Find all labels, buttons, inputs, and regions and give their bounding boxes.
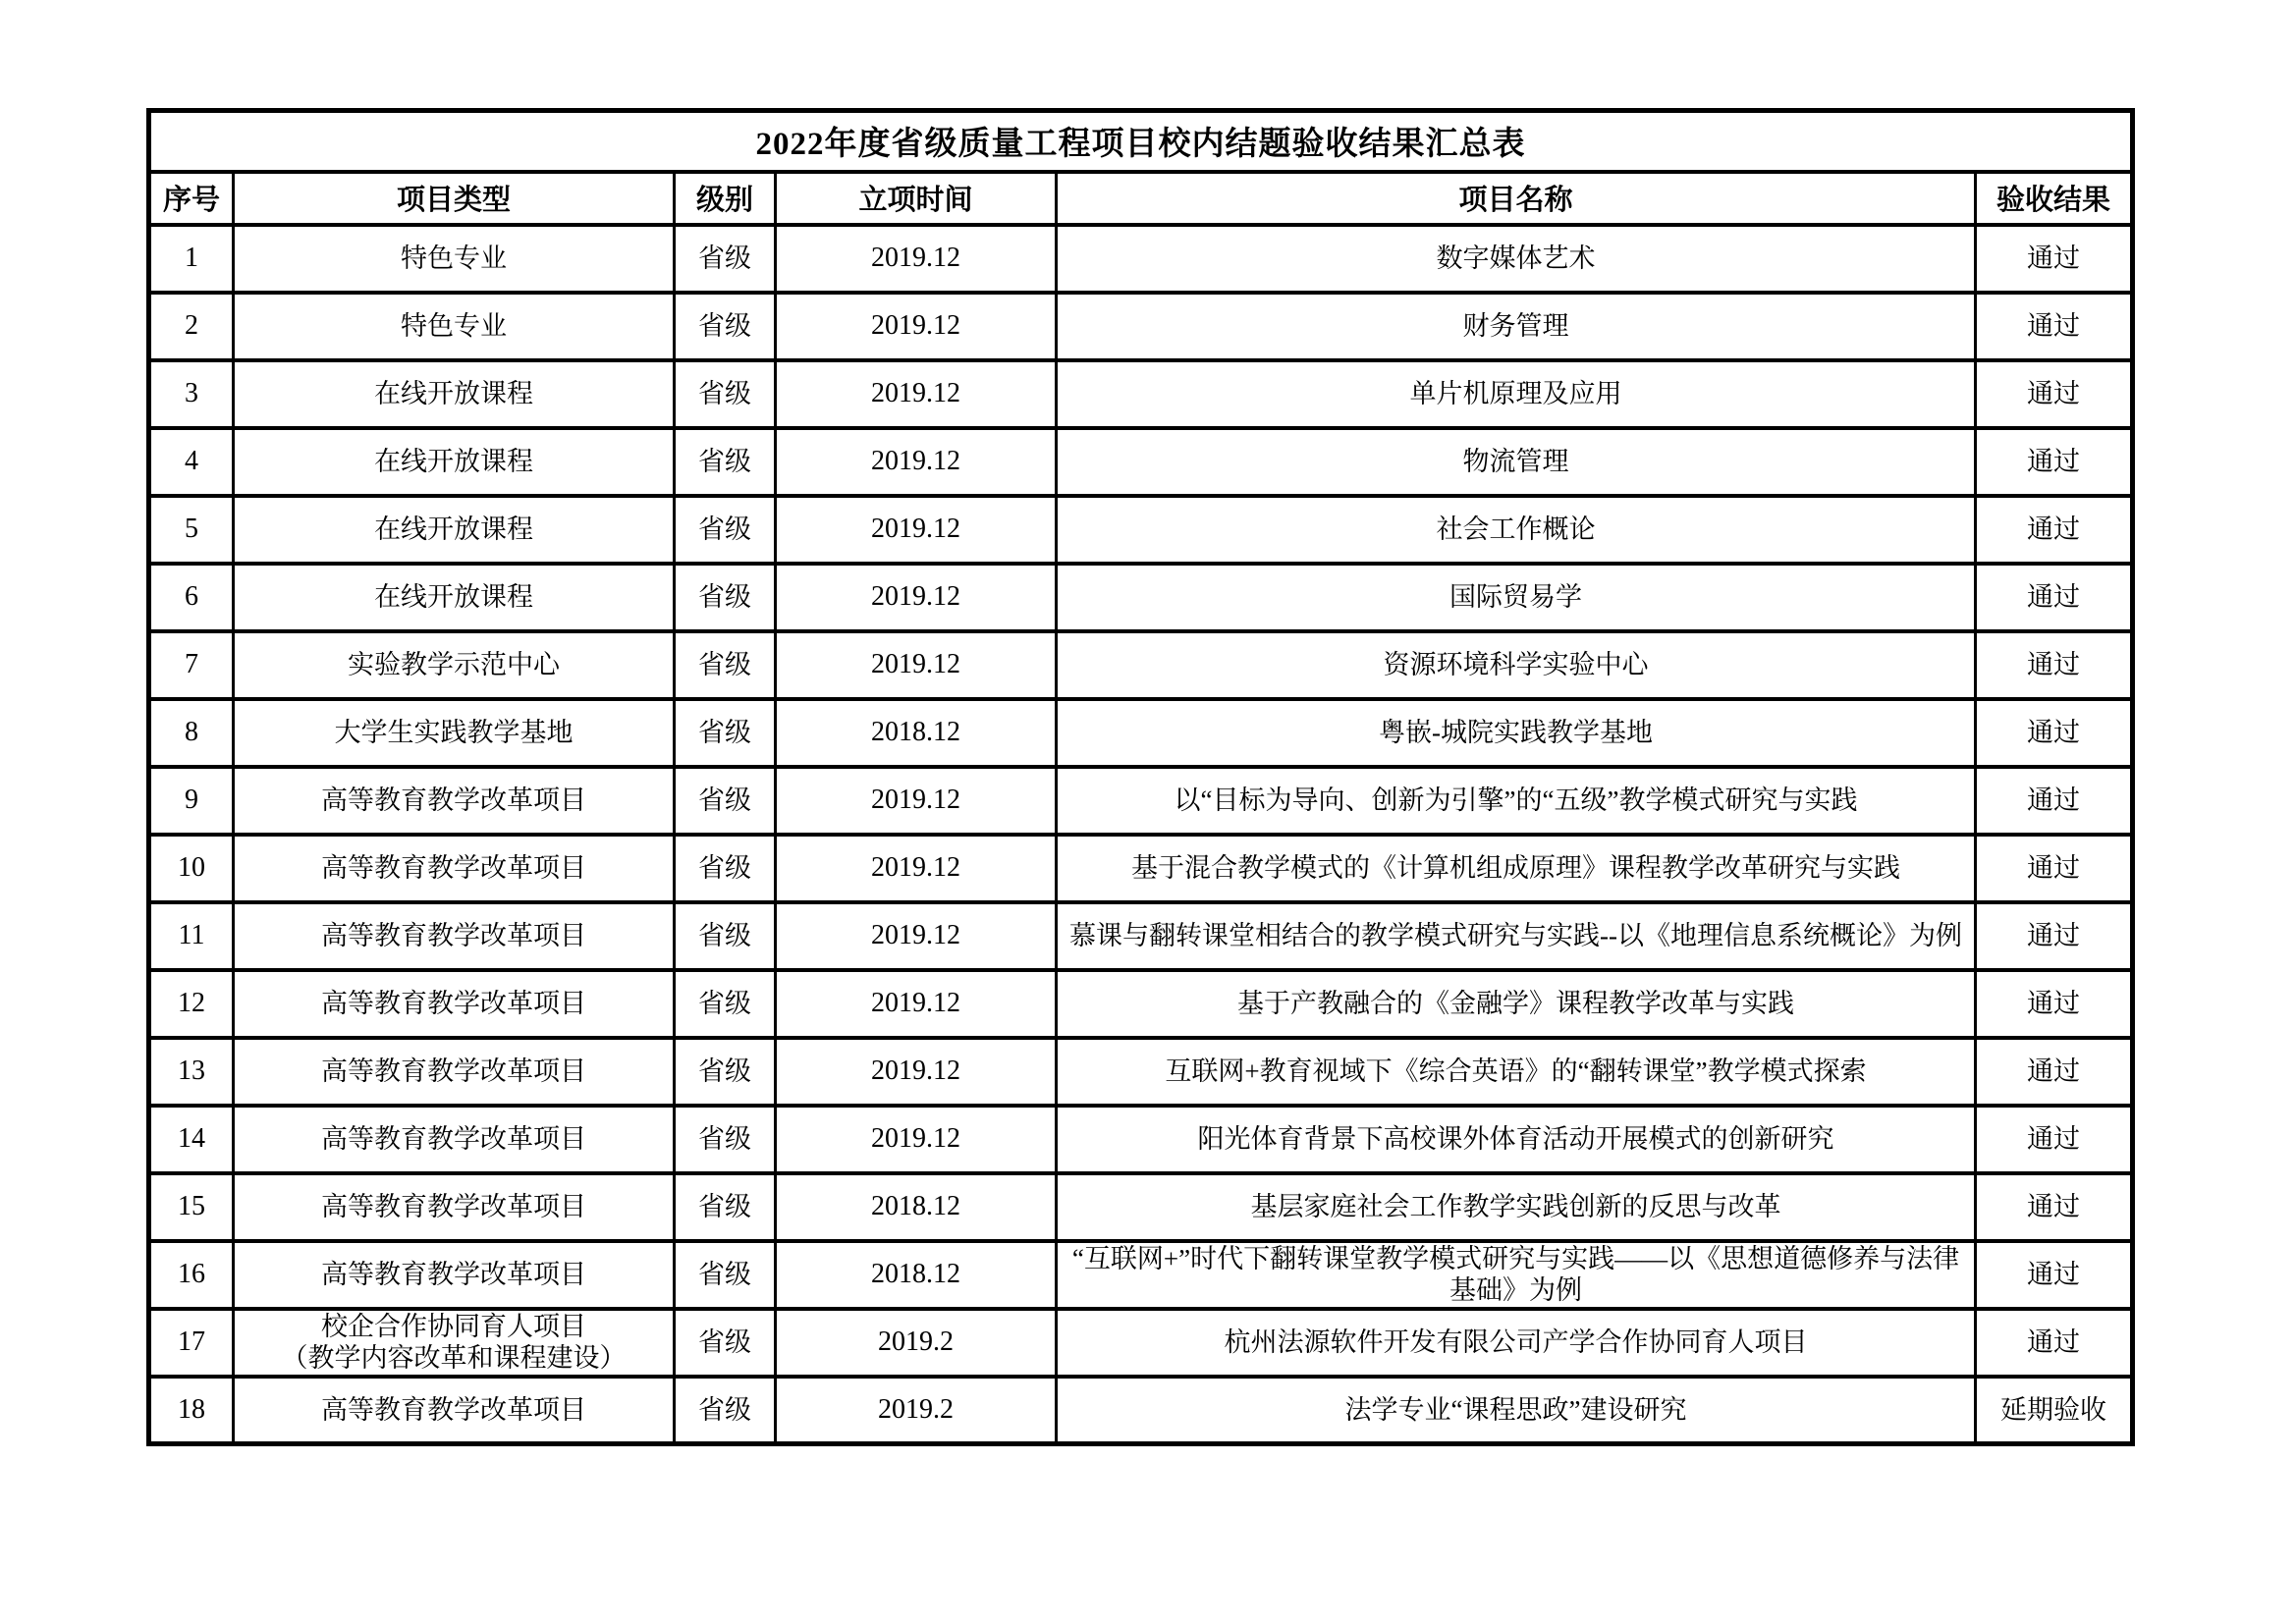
cell-level: 省级: [675, 1241, 776, 1309]
summary-table: 2022年度省级质量工程项目校内结题验收结果汇总表 序号 项目类型 级别 立项时…: [146, 108, 2135, 1446]
cell-result: 延期验收: [1976, 1377, 2133, 1444]
cell-level: 省级: [675, 970, 776, 1038]
cell-serial-number: 8: [149, 699, 234, 767]
cell-project-name: 慕课与翻转课堂相结合的教学模式研究与实践--以《地理信息系统概论》为例: [1057, 902, 1976, 970]
cell-serial-number: 18: [149, 1377, 234, 1444]
column-header-no: 序号: [149, 172, 234, 225]
cell-project-type: 特色专业: [234, 225, 675, 293]
cell-serial-number: 2: [149, 293, 234, 360]
cell-level: 省级: [675, 564, 776, 631]
cell-result: 通过: [1976, 564, 2133, 631]
cell-level: 省级: [675, 902, 776, 970]
cell-approval-date: 2019.2: [776, 1377, 1057, 1444]
cell-result: 通过: [1976, 1106, 2133, 1173]
cell-project-name: 基于产教融合的《金融学》课程教学改革与实践: [1057, 970, 1976, 1038]
table-row: 9 高等教育教学改革项目 省级 2019.12 以“目标为导向、创新为引擎”的“…: [149, 767, 2133, 835]
cell-project-type: 校企合作协同育人项目 （教学内容改革和课程建设）: [234, 1309, 675, 1377]
cell-result: 通过: [1976, 767, 2133, 835]
cell-result: 通过: [1976, 835, 2133, 902]
cell-project-name: 基于混合教学模式的《计算机组成原理》课程教学改革研究与实践: [1057, 835, 1976, 902]
cell-approval-date: 2019.12: [776, 1106, 1057, 1173]
cell-approval-date: 2019.12: [776, 225, 1057, 293]
header-row: 序号 项目类型 级别 立项时间 项目名称 验收结果: [149, 172, 2133, 225]
cell-serial-number: 9: [149, 767, 234, 835]
cell-project-name: 单片机原理及应用: [1057, 360, 1976, 428]
cell-level: 省级: [675, 496, 776, 564]
cell-result: 通过: [1976, 293, 2133, 360]
table-row: 1 特色专业 省级 2019.12 数字媒体艺术 通过: [149, 225, 2133, 293]
cell-project-name: 国际贸易学: [1057, 564, 1976, 631]
column-header-type: 项目类型: [234, 172, 675, 225]
table-row: 13 高等教育教学改革项目 省级 2019.12 互联网+教育视域下《综合英语》…: [149, 1038, 2133, 1106]
cell-project-type: 高等教育教学改革项目: [234, 902, 675, 970]
cell-project-type: 高等教育教学改革项目: [234, 1106, 675, 1173]
cell-level: 省级: [675, 225, 776, 293]
column-header-name: 项目名称: [1057, 172, 1976, 225]
cell-serial-number: 17: [149, 1309, 234, 1377]
cell-serial-number: 12: [149, 970, 234, 1038]
cell-project-name: 资源环境科学实验中心: [1057, 631, 1976, 699]
table-row: 17 校企合作协同育人项目 （教学内容改革和课程建设） 省级 2019.2 杭州…: [149, 1309, 2133, 1377]
column-header-level: 级别: [675, 172, 776, 225]
cell-level: 省级: [675, 1377, 776, 1444]
cell-serial-number: 7: [149, 631, 234, 699]
cell-result: 通过: [1976, 1038, 2133, 1106]
cell-result: 通过: [1976, 902, 2133, 970]
cell-result: 通过: [1976, 428, 2133, 496]
cell-project-type: 高等教育教学改革项目: [234, 1173, 675, 1241]
cell-project-name: 阳光体育背景下高校课外体育活动开展模式的创新研究: [1057, 1106, 1976, 1173]
cell-project-type: 在线开放课程: [234, 496, 675, 564]
cell-project-type: 特色专业: [234, 293, 675, 360]
cell-approval-date: 2019.12: [776, 496, 1057, 564]
cell-project-type: 高等教育教学改革项目: [234, 1241, 675, 1309]
cell-level: 省级: [675, 631, 776, 699]
cell-project-type: 高等教育教学改革项目: [234, 835, 675, 902]
table-row: 2 特色专业 省级 2019.12 财务管理 通过: [149, 293, 2133, 360]
cell-project-name: 社会工作概论: [1057, 496, 1976, 564]
cell-approval-date: 2019.12: [776, 360, 1057, 428]
cell-serial-number: 14: [149, 1106, 234, 1173]
cell-result: 通过: [1976, 225, 2133, 293]
cell-project-name: 财务管理: [1057, 293, 1976, 360]
cell-level: 省级: [675, 1106, 776, 1173]
cell-result: 通过: [1976, 970, 2133, 1038]
page-title: 2022年度省级质量工程项目校内结题验收结果汇总表: [149, 111, 2133, 172]
table-row: 4 在线开放课程 省级 2019.12 物流管理 通过: [149, 428, 2133, 496]
cell-level: 省级: [675, 360, 776, 428]
cell-approval-date: 2019.12: [776, 902, 1057, 970]
cell-approval-date: 2019.12: [776, 428, 1057, 496]
table-row: 7 实验教学示范中心 省级 2019.12 资源环境科学实验中心 通过: [149, 631, 2133, 699]
cell-project-type: 高等教育教学改革项目: [234, 1038, 675, 1106]
cell-result: 通过: [1976, 699, 2133, 767]
cell-level: 省级: [675, 767, 776, 835]
table-row: 3 在线开放课程 省级 2019.12 单片机原理及应用 通过: [149, 360, 2133, 428]
cell-project-type: 大学生实践教学基地: [234, 699, 675, 767]
cell-project-name: “互联网+”时代下翻转课堂教学模式研究与实践——以《思想道德修养与法律基础》为例: [1057, 1241, 1976, 1309]
cell-serial-number: 1: [149, 225, 234, 293]
cell-serial-number: 15: [149, 1173, 234, 1241]
cell-serial-number: 13: [149, 1038, 234, 1106]
cell-approval-date: 2019.12: [776, 1038, 1057, 1106]
cell-project-name: 互联网+教育视域下《综合英语》的“翻转课堂”教学模式探索: [1057, 1038, 1976, 1106]
cell-project-type: 在线开放课程: [234, 360, 675, 428]
column-header-result: 验收结果: [1976, 172, 2133, 225]
cell-result: 通过: [1976, 1309, 2133, 1377]
cell-serial-number: 16: [149, 1241, 234, 1309]
cell-project-type: 高等教育教学改革项目: [234, 970, 675, 1038]
cell-level: 省级: [675, 428, 776, 496]
table-row: 12 高等教育教学改革项目 省级 2019.12 基于产教融合的《金融学》课程教…: [149, 970, 2133, 1038]
cell-level: 省级: [675, 1038, 776, 1106]
table-row: 10 高等教育教学改革项目 省级 2019.12 基于混合教学模式的《计算机组成…: [149, 835, 2133, 902]
cell-result: 通过: [1976, 631, 2133, 699]
table-row: 11 高等教育教学改革项目 省级 2019.12 慕课与翻转课堂相结合的教学模式…: [149, 902, 2133, 970]
table-row: 15 高等教育教学改革项目 省级 2018.12 基层家庭社会工作教学实践创新的…: [149, 1173, 2133, 1241]
table-row: 8 大学生实践教学基地 省级 2018.12 粤嵌-城院实践教学基地 通过: [149, 699, 2133, 767]
table-row: 16 高等教育教学改革项目 省级 2018.12 “互联网+”时代下翻转课堂教学…: [149, 1241, 2133, 1309]
cell-project-name: 基层家庭社会工作教学实践创新的反思与改革: [1057, 1173, 1976, 1241]
cell-project-name: 数字媒体艺术: [1057, 225, 1976, 293]
cell-approval-date: 2019.12: [776, 564, 1057, 631]
cell-project-name: 粤嵌-城院实践教学基地: [1057, 699, 1976, 767]
cell-approval-date: 2019.12: [776, 970, 1057, 1038]
cell-project-name: 法学专业“课程思政”建设研究: [1057, 1377, 1976, 1444]
cell-level: 省级: [675, 1173, 776, 1241]
cell-project-name: 以“目标为导向、创新为引擎”的“五级”教学模式研究与实践: [1057, 767, 1976, 835]
cell-result: 通过: [1976, 360, 2133, 428]
cell-level: 省级: [675, 293, 776, 360]
cell-serial-number: 6: [149, 564, 234, 631]
cell-approval-date: 2019.2: [776, 1309, 1057, 1377]
table-row: 5 在线开放课程 省级 2019.12 社会工作概论 通过: [149, 496, 2133, 564]
cell-serial-number: 3: [149, 360, 234, 428]
cell-approval-date: 2019.12: [776, 631, 1057, 699]
cell-project-type: 在线开放课程: [234, 564, 675, 631]
document-page: 2022年度省级质量工程项目校内结题验收结果汇总表 序号 项目类型 级别 立项时…: [0, 0, 2296, 1624]
cell-result: 通过: [1976, 1241, 2133, 1309]
cell-level: 省级: [675, 1309, 776, 1377]
cell-result: 通过: [1976, 496, 2133, 564]
title-row: 2022年度省级质量工程项目校内结题验收结果汇总表: [149, 111, 2133, 172]
cell-project-type: 高等教育教学改革项目: [234, 767, 675, 835]
cell-approval-date: 2018.12: [776, 1173, 1057, 1241]
table-row: 14 高等教育教学改革项目 省级 2019.12 阳光体育背景下高校课外体育活动…: [149, 1106, 2133, 1173]
cell-serial-number: 10: [149, 835, 234, 902]
table-row: 18 高等教育教学改革项目 省级 2019.2 法学专业“课程思政”建设研究 延…: [149, 1377, 2133, 1444]
cell-project-name: 物流管理: [1057, 428, 1976, 496]
cell-approval-date: 2019.12: [776, 293, 1057, 360]
column-header-date: 立项时间: [776, 172, 1057, 225]
cell-level: 省级: [675, 835, 776, 902]
cell-serial-number: 4: [149, 428, 234, 496]
cell-project-type: 实验教学示范中心: [234, 631, 675, 699]
cell-level: 省级: [675, 699, 776, 767]
cell-result: 通过: [1976, 1173, 2133, 1241]
cell-project-name: 杭州法源软件开发有限公司产学合作协同育人项目: [1057, 1309, 1976, 1377]
cell-approval-date: 2018.12: [776, 1241, 1057, 1309]
cell-approval-date: 2019.12: [776, 767, 1057, 835]
cell-project-type: 高等教育教学改革项目: [234, 1377, 675, 1444]
cell-serial-number: 5: [149, 496, 234, 564]
cell-serial-number: 11: [149, 902, 234, 970]
cell-approval-date: 2019.12: [776, 835, 1057, 902]
cell-approval-date: 2018.12: [776, 699, 1057, 767]
cell-project-type: 在线开放课程: [234, 428, 675, 496]
table-row: 6 在线开放课程 省级 2019.12 国际贸易学 通过: [149, 564, 2133, 631]
